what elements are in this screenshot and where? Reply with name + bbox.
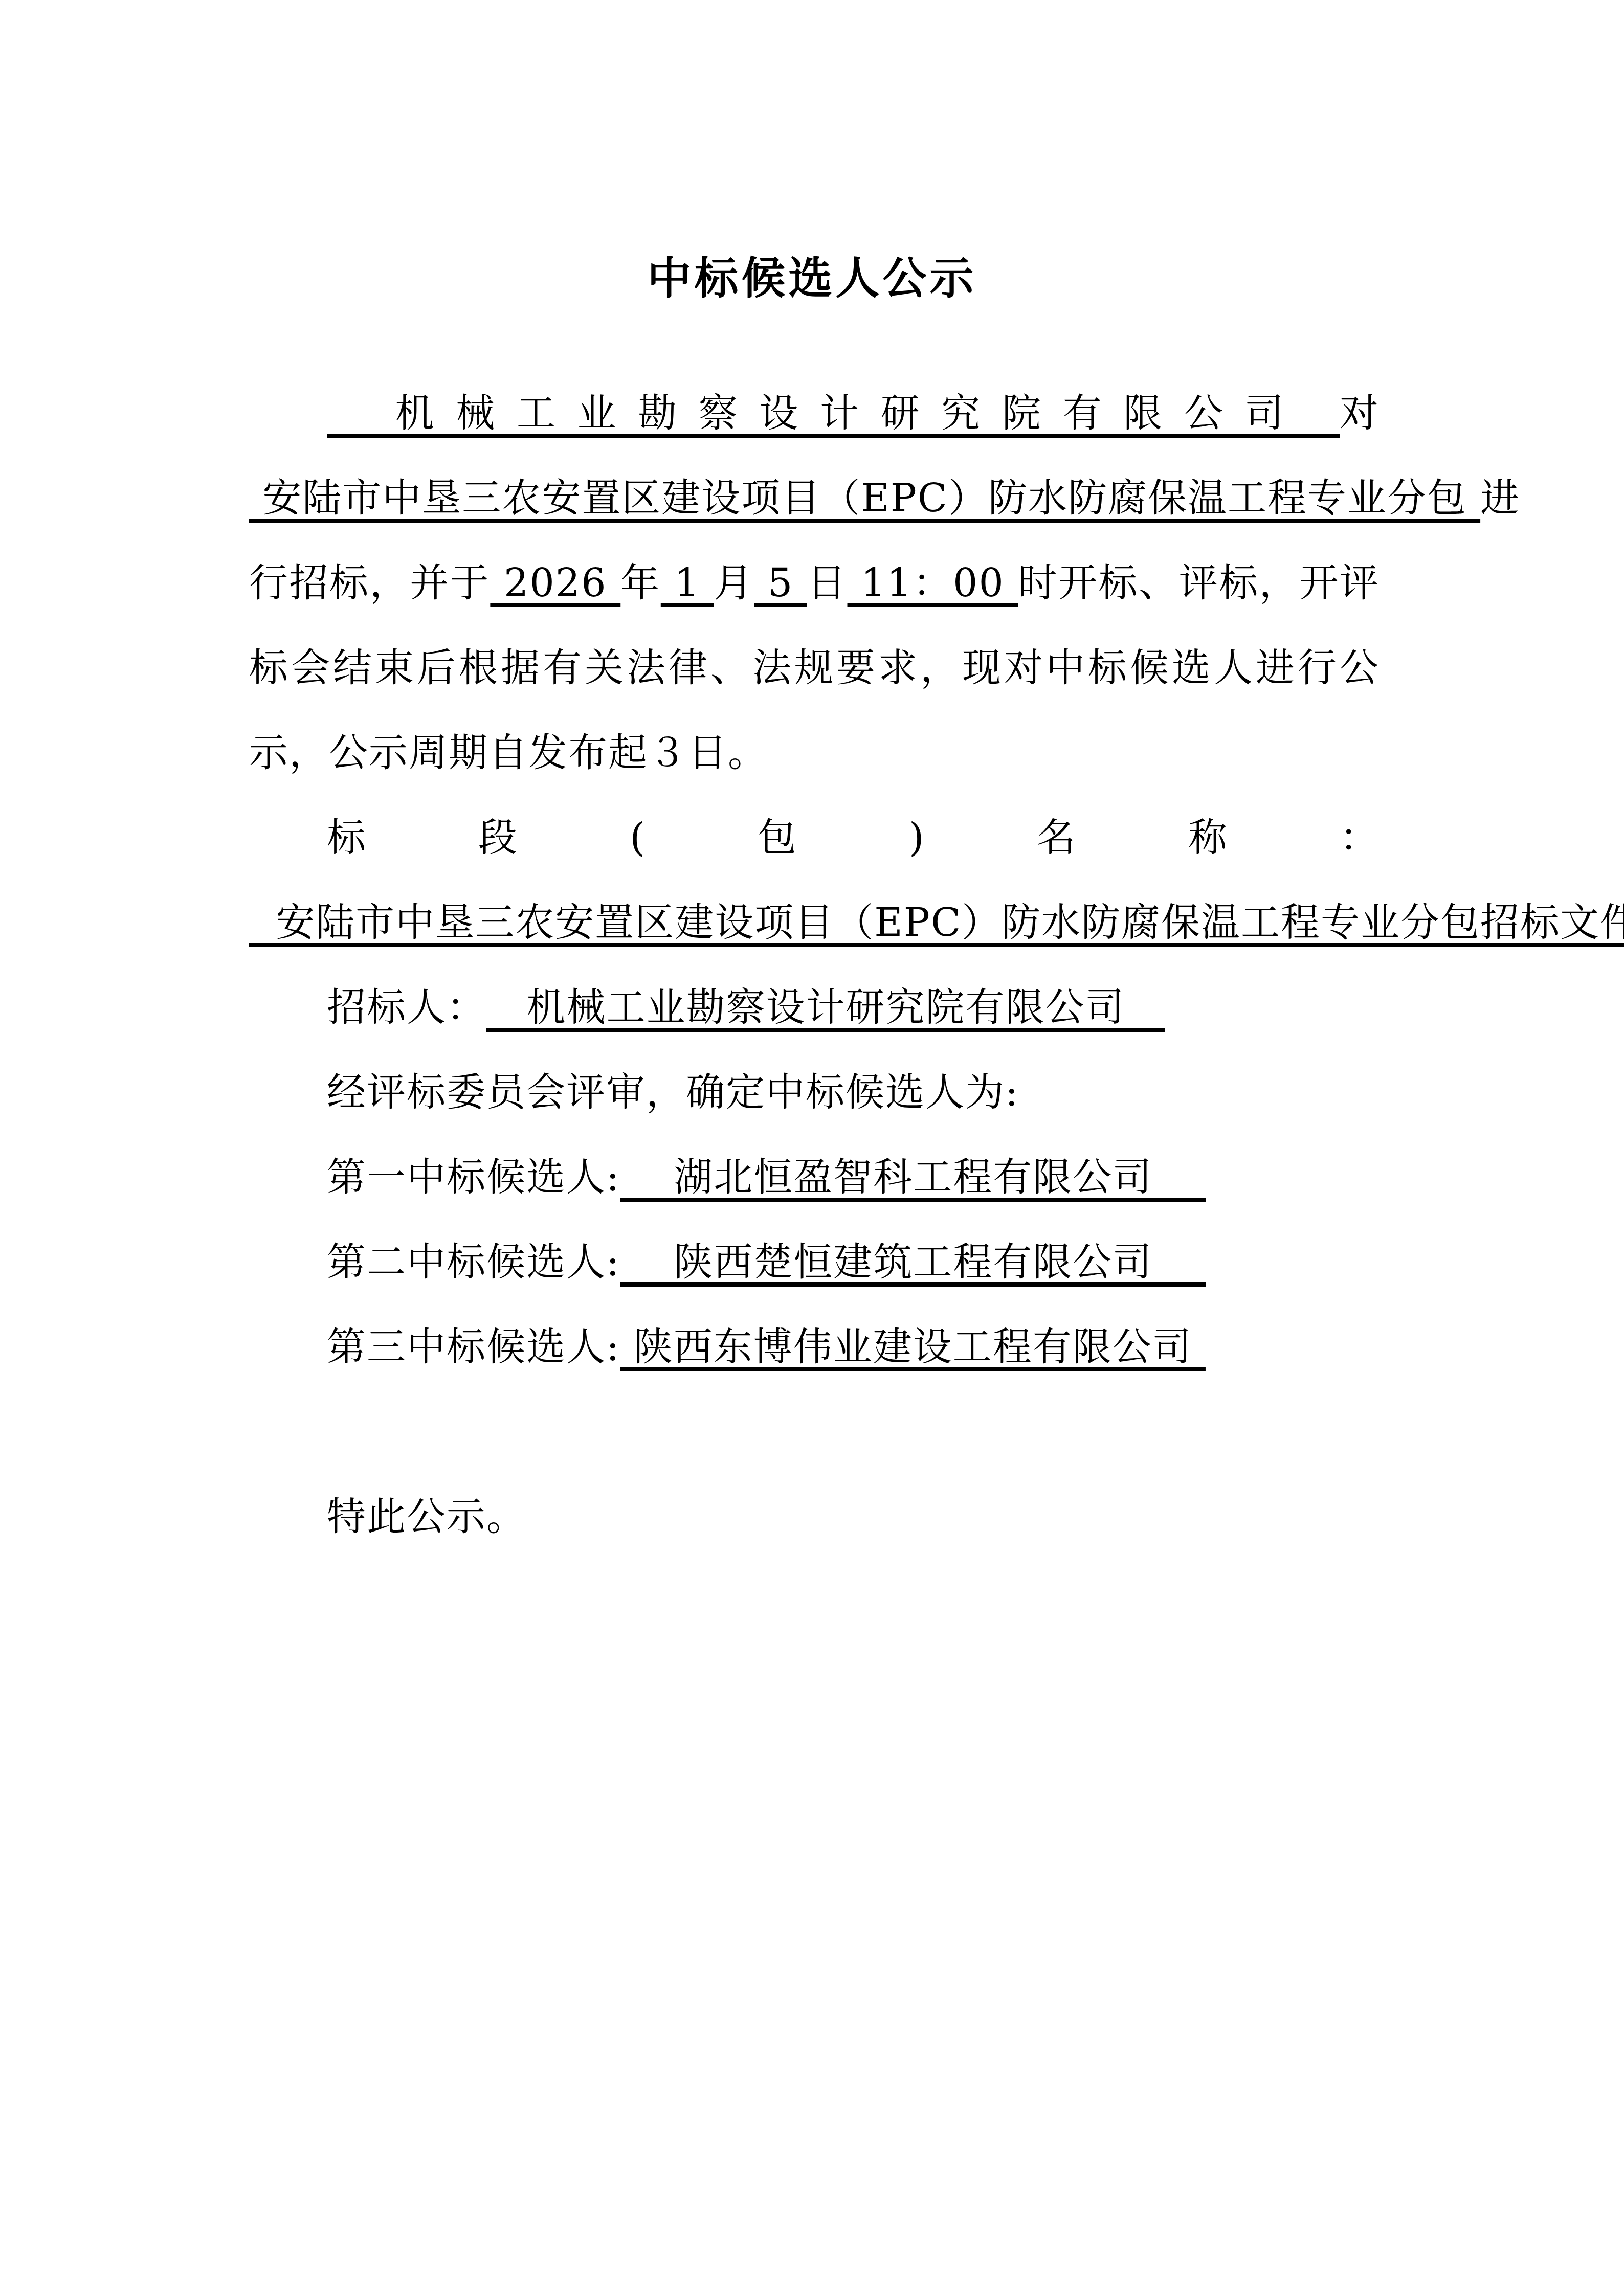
document-title: 中标候选人公示 [0, 251, 1624, 307]
open-month: 1 [661, 560, 714, 605]
candidate-1-label: 第一中标候选人: [327, 1154, 620, 1200]
candidate-1: 第一中标候选人: 湖北恒盈智科工程有限公司 [249, 1135, 1380, 1220]
document-page: 中标候选人公示 机械工业勘察设计研究院有限公司 对 安陆市中垦三农安置区建设项目… [0, 0, 1624, 2296]
candidate-3-name: 陕西东博伟业建设工程有限公司 [620, 1324, 1206, 1369]
review-statement: 经评标委员会评审，确定中标候选人为: [249, 1050, 1380, 1135]
intro-text-dui: 对 [1340, 390, 1380, 436]
spacer [249, 1389, 1380, 1474]
tenderee-line: 招标人： 机械工业勘察设计研究院有限公司 [249, 965, 1380, 1050]
project-name-inline: 安陆市中垦三农安置区建设项目（EPC）防水防腐保温工程专业分包 [249, 475, 1480, 521]
section-name-value: 安陆市中垦三农安置区建设项目（EPC）防水防腐保温工程专业分包招标文件 [249, 899, 1624, 945]
tenderee-name-inline: 机械工业勘察设计研究院有限公司 [327, 390, 1340, 436]
candidate-2: 第二中标候选人: 陕西楚恒建筑工程有限公司 [249, 1220, 1380, 1304]
section-name-paragraph: 标段(包)名称： 安陆市中垦三农安置区建设项目（EPC）防水防腐保温工程专业分包… [249, 795, 1380, 965]
day-label: 日 [807, 560, 848, 605]
open-day: 5 [754, 560, 807, 605]
tenderee-value: 机械工业勘察设计研究院有限公司 [486, 984, 1165, 1030]
month-label: 月 [714, 560, 754, 605]
open-time: 11：00 [848, 560, 1018, 605]
tenderee-label: 招标人： [327, 984, 486, 1030]
year-label: 年 [620, 560, 661, 605]
document-body: 机械工业勘察设计研究院有限公司 对 安陆市中垦三农安置区建设项目（EPC）防水防… [249, 371, 1380, 1559]
candidate-2-name: 陕西楚恒建筑工程有限公司 [620, 1239, 1206, 1285]
candidate-3: 第三中标候选人: 陕西东博伟业建设工程有限公司 [249, 1304, 1380, 1389]
open-year: 2026 [490, 560, 620, 605]
closing-statement: 特此公示。 [249, 1474, 1380, 1559]
candidate-3-label: 第三中标候选人: [327, 1324, 620, 1369]
candidate-1-name: 湖北恒盈智科工程有限公司 [620, 1154, 1206, 1200]
section-name-label: 标段(包)名称： [327, 815, 1380, 860]
candidate-2-label: 第二中标候选人: [327, 1239, 620, 1285]
intro-paragraph: 机械工业勘察设计研究院有限公司 对 安陆市中垦三农安置区建设项目（EPC）防水防… [249, 371, 1380, 795]
